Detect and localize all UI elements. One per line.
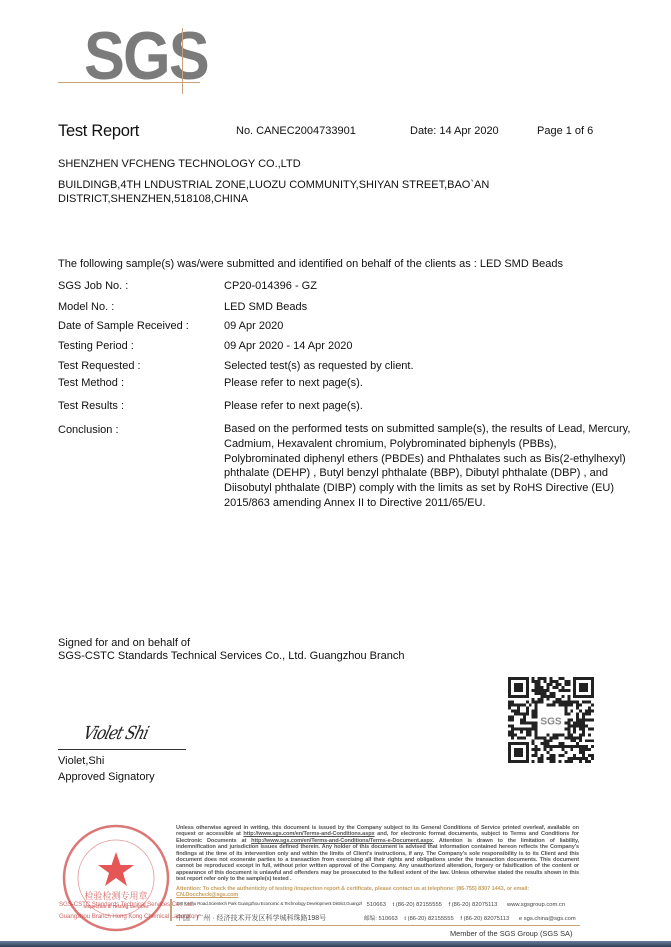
field-label-job-no: SGS Job No. : <box>58 280 128 292</box>
field-label-test-results: Test Results : <box>58 400 124 412</box>
report-number: No. CANEC2004733901 <box>236 125 356 137</box>
window-bottom-edge <box>0 941 671 947</box>
field-value-test-results: Please refer to next page(s). <box>224 400 363 412</box>
client-address-line1: BUILDINGB,4TH LNDUSTRIAL ZONE,LUOZU COMM… <box>58 179 489 191</box>
field-value-testing-period: 09 Apr 2020 - 14 Apr 2020 <box>224 340 352 352</box>
authenticity-notice: Attention: To check the authenticity of … <box>176 886 579 899</box>
fax-en: f (86-20) 82075113 <box>449 902 498 908</box>
postcode-en: 510663 <box>367 902 386 908</box>
authenticity-text: Attention: To check the authenticity of … <box>176 886 529 892</box>
signatory-name: Violet,Shi <box>58 755 104 767</box>
terms-e-document-link[interactable]: http://www.sgs.com/en/Terms-and-Conditio… <box>251 838 433 844</box>
field-value-test-method: Please refer to next page(s). <box>224 377 363 389</box>
phone-cn: t (86-20) 82155555 <box>404 916 453 922</box>
member-of-sgs-group: Member of the SGS Group (SGS SA) <box>450 929 572 938</box>
field-label-model-no: Model No. : <box>58 301 114 313</box>
qr-code-icon: SGS <box>508 677 594 763</box>
field-label-conclusion: Conclusion : <box>58 424 119 436</box>
address-cn: 中国 · 广州 · 经济技术开发区科学城科珠路198号 <box>176 913 336 923</box>
footer-divider <box>176 925 580 926</box>
signing-company: SGS-CSTC Standards Technical Services Co… <box>58 650 404 662</box>
field-label-test-method: Test Method : <box>58 377 124 389</box>
sgs-logo: SGS <box>84 26 208 86</box>
conclusion-text: Based on the performed tests on submitte… <box>224 422 634 511</box>
field-label-testing-period: Testing Period : <box>58 340 134 352</box>
logo-rule-vertical <box>182 28 183 94</box>
doccheck-email-link[interactable]: CN.Doccheck@sgs.com <box>176 892 238 898</box>
report-date: Date: 14 Apr 2020 <box>410 125 499 137</box>
sample-intro: The following sample(s) was/were submitt… <box>58 258 563 270</box>
signature-line <box>58 749 186 750</box>
fax-cn: f (86-20) 82075113 <box>460 916 509 922</box>
address-row-en: 198 Kezhu Road,Scientech Park Guangzhou … <box>176 901 565 908</box>
report-title: Test Report <box>58 122 139 141</box>
svg-text:SGS: SGS <box>540 716 562 727</box>
seal-caption-line1: SGS-CSTC Standards Technical Services Co… <box>59 901 194 908</box>
email-link[interactable]: e sgs.china@sgs.com <box>519 916 576 922</box>
field-value-job-no: CP20-014396 - GZ <box>224 280 317 292</box>
terms-conditions-link[interactable]: http://www.sgs.com/en/Terms-and-Conditio… <box>243 831 374 837</box>
legal-text-part3: . Attention is drawn to the limitation o… <box>176 838 579 882</box>
field-label-date-received: Date of Sample Received : <box>58 320 189 332</box>
client-name: SHENZHEN VFCHENG TECHNOLOGY CO.,LTD <box>58 158 301 170</box>
address-en: 198 Kezhu Road,Scientech Park Guangzhou … <box>176 901 362 906</box>
address-accent-bar <box>170 899 172 921</box>
address-row-cn: 中国 · 广州 · 经济技术开发区科学城科珠路198号 邮编: 510663 t… <box>176 913 576 923</box>
page-indicator: Page 1 of 6 <box>537 125 593 137</box>
postcode-cn: 邮编: 510663 <box>364 916 398 922</box>
logo-rule-horizontal <box>58 82 200 83</box>
field-value-test-requested: Selected test(s) as requested by client. <box>224 360 414 372</box>
signatory-role: Approved Signatory <box>58 771 155 783</box>
handwritten-signature: Violet Shi <box>81 722 150 744</box>
website-link[interactable]: www.sgsgroup.com.cn <box>507 902 565 908</box>
field-label-test-requested: Test Requested : <box>58 360 141 372</box>
legal-disclaimer: Unless otherwise agreed in writing, this… <box>176 825 579 883</box>
phone-en: t (86-20) 82155555 <box>393 902 442 908</box>
field-value-model-no: LED SMD Beads <box>224 301 307 313</box>
client-address-line2: DISTRICT,SHENZHEN,518108,CHINA <box>58 193 248 205</box>
field-value-date-received: 09 Apr 2020 <box>224 320 283 332</box>
signed-for-label: Signed for and on behalf of <box>58 637 190 649</box>
